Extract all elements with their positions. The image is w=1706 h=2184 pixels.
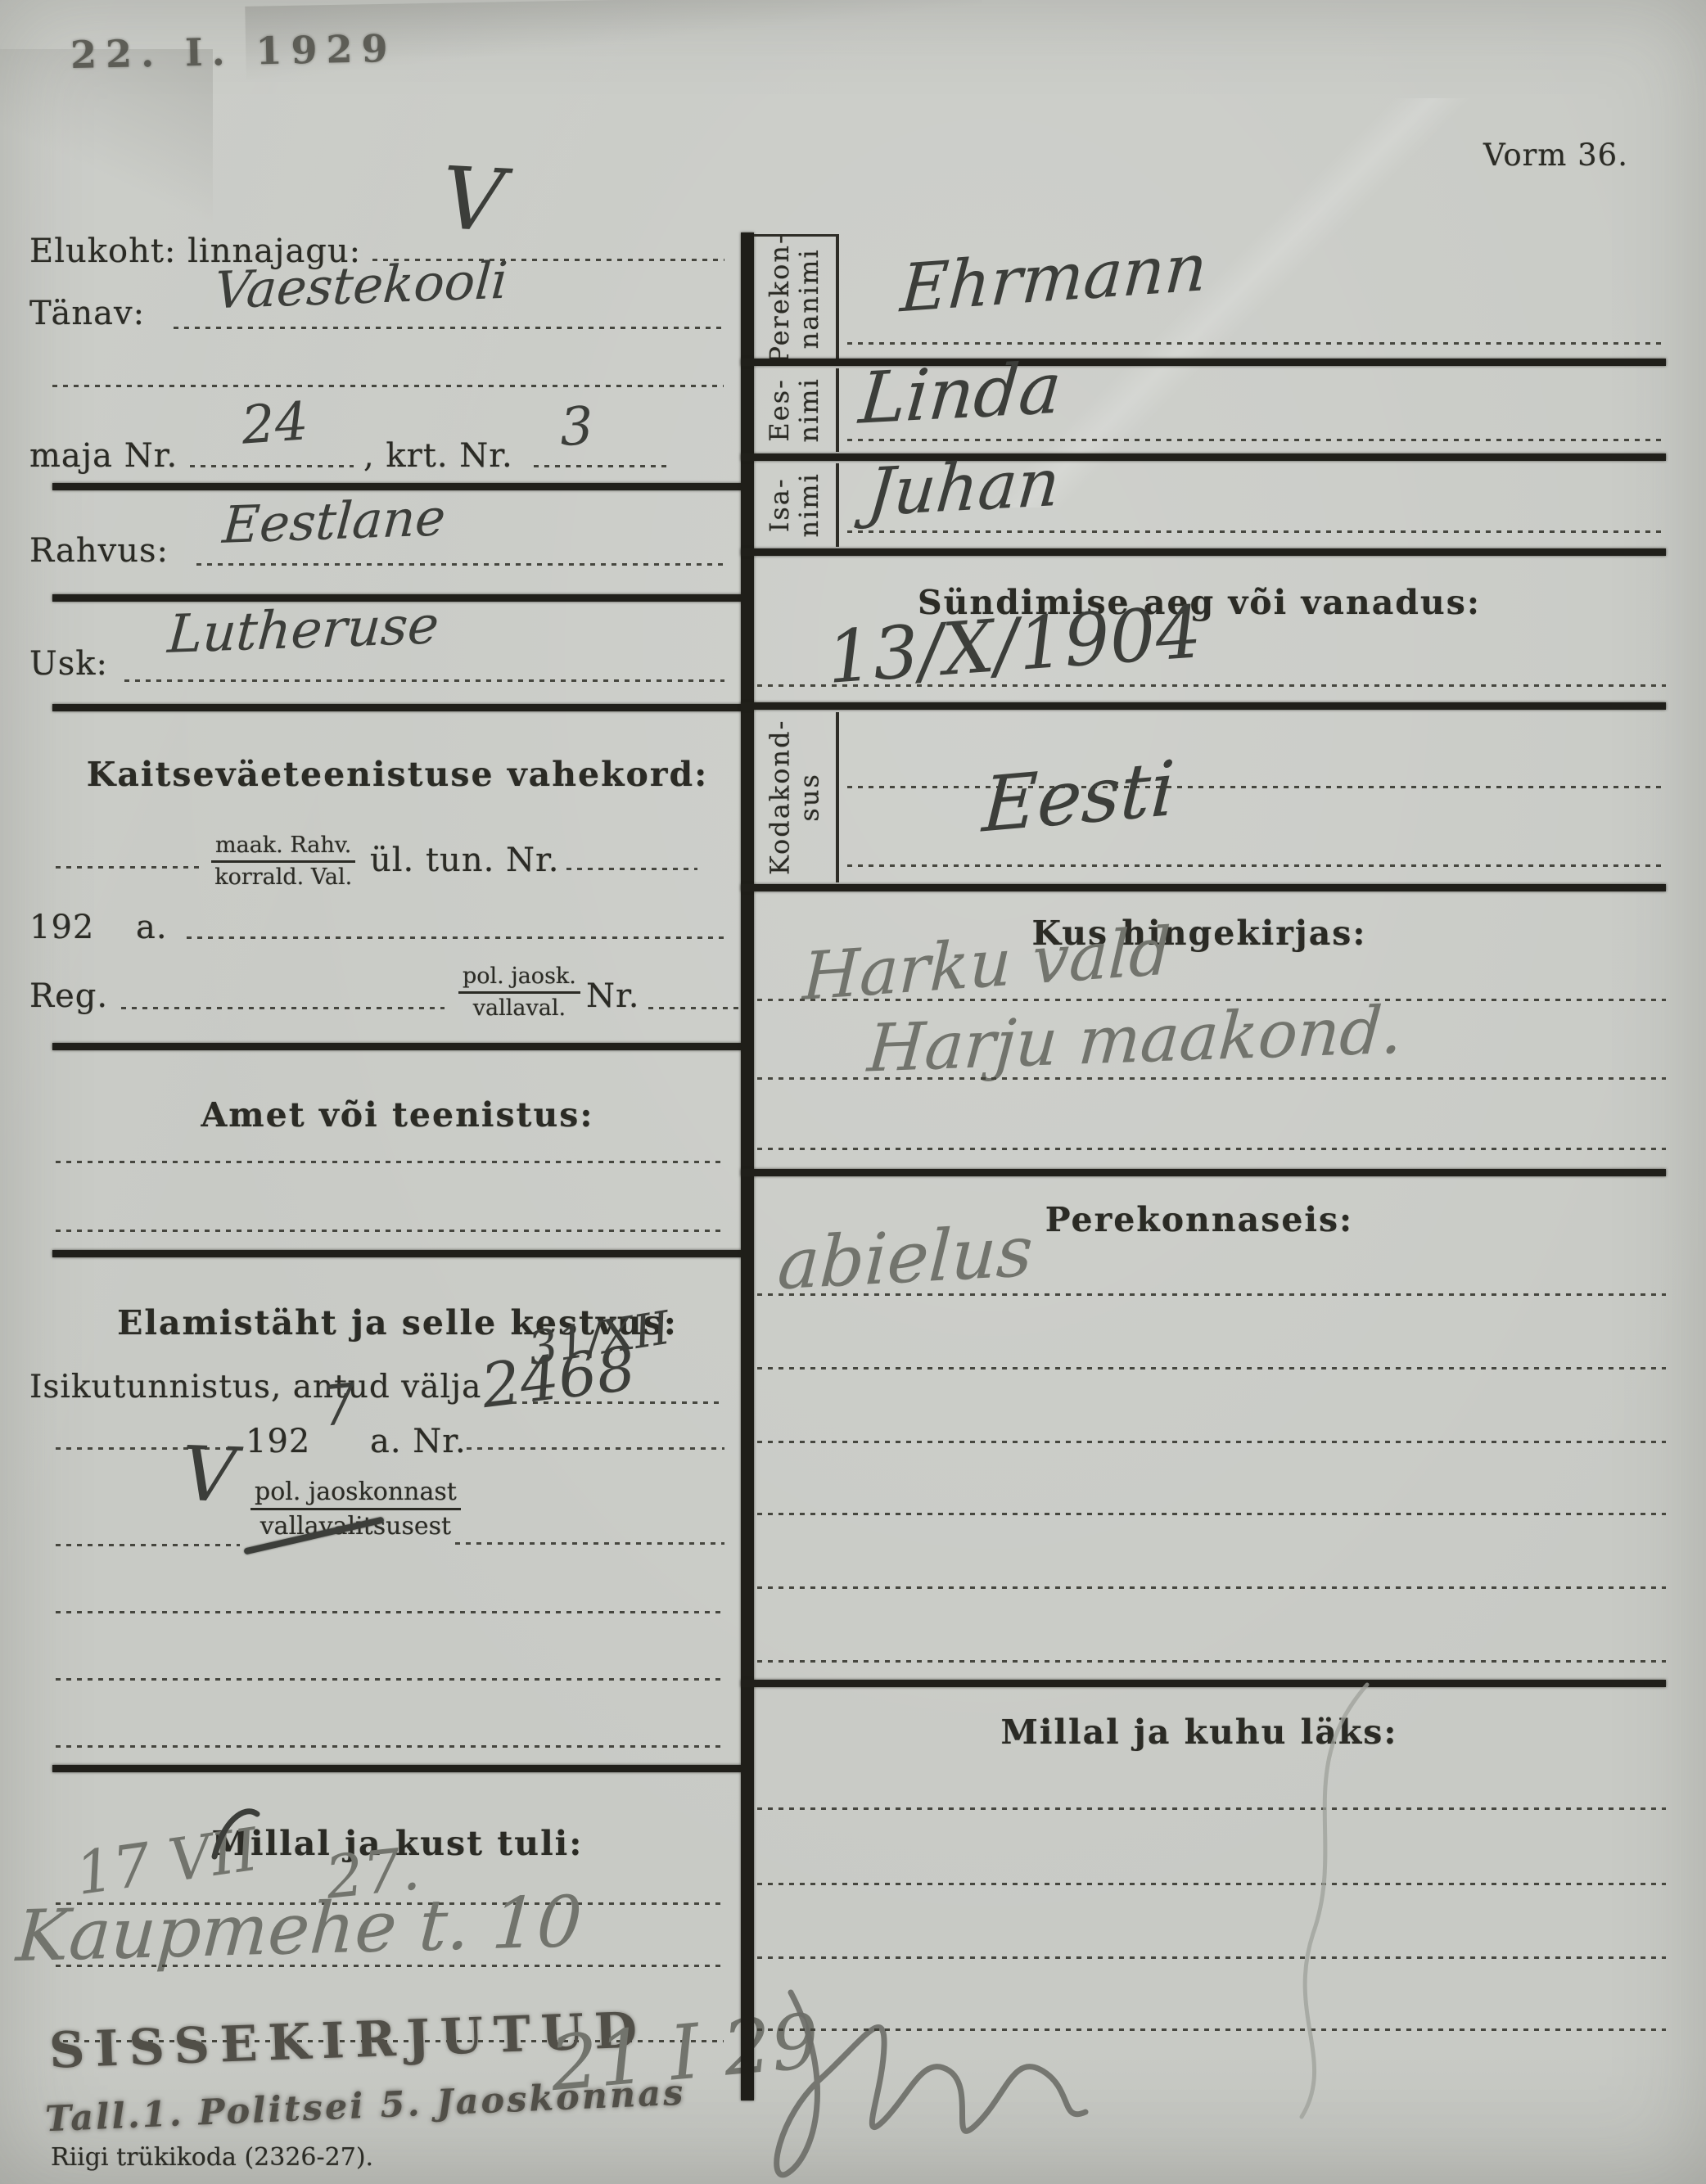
elukoht-value-handwriting: V [440,156,506,245]
isiku-a-nr-label: a. Nr. [370,1423,467,1460]
eesnimi-line [847,439,1666,441]
tanav-label: Tänav: [29,295,145,332]
isiku-nr-line [467,1447,724,1450]
reg-line-left [121,1007,445,1009]
isanimi-label: Isa- nimi [765,472,824,537]
divider-rule [741,1680,1666,1687]
divider-rule [741,884,1666,891]
blank-line [56,1161,724,1163]
blank-line [56,1678,724,1681]
perekonnanimi-label-cell: Perekon- nanimi [754,234,839,361]
eesnimi-label-cell: Ees- nimi [754,368,839,452]
blank-line [757,1441,1666,1443]
blank-line [757,2028,1666,2031]
perekonnanimi-line [847,342,1666,345]
blank-line [757,1293,1666,1296]
blank-line [757,1807,1666,1810]
kaitse-line-right [566,868,697,870]
signature-scrawl [761,1956,1097,2184]
blank-line [757,1148,1666,1150]
blank-line [757,1956,1666,1959]
krt-value-handwriting: 3 [558,400,594,454]
maja-label: maja Nr. [29,437,178,475]
reg-nr-label: Nr. [586,977,639,1015]
printer-imprint: Riigi trükikoda (2326-27). [51,2143,373,2172]
kodakondsus-line2 [847,864,1666,867]
blank-line [56,1611,724,1613]
blank-line [56,1745,724,1748]
registration-form-page: 22. I. 1929 Vorm 36. Elukoht: linnajagu:… [0,0,1706,2184]
usk-value-handwriting: Lutheruse [166,599,440,661]
paper-crease [0,49,213,246]
reg-line-right [648,1007,740,1009]
reg-fraction: pol. jaosk. vallaval. [458,964,580,1020]
pencil-scrawl [1244,1670,1408,2128]
divider-rule [52,704,742,711]
millal-laks-title: Millal ja kuhu läks: [757,1712,1641,1752]
blank-line [56,1230,724,1232]
isanimi-value-handwriting: Juhan [865,450,1063,526]
isanimi-label-cell: Isa- nimi [754,463,839,547]
tanav-value-handwriting: Vaestekooli [213,255,509,317]
reg-label: Reg. [29,977,108,1015]
isanimi-line [847,530,1666,533]
year-line [187,936,724,939]
perekonnaseis-value-handwriting: abielus [776,1216,1035,1301]
jaoskond-check-handwriting: V [180,1437,237,1514]
perekonnanimi-value-handwriting: Ehrmann [899,235,1209,323]
blank-line [757,1883,1666,1885]
eesnimi-value-handwriting: Linda [856,353,1064,434]
maja-value-handwriting: 24 [240,395,310,453]
divider-rule [52,1250,742,1257]
hingekirjas-value2-handwriting: Harju maakond. [865,997,1405,1081]
rahvus-label: Rahvus: [29,532,169,570]
isiku-nr-handwriting: 2468 [478,1338,639,1417]
fraction-top: pol. jaoskonnast [250,1478,461,1510]
isikutunnistus-label: Isikutunnistus, antud välja [29,1369,481,1406]
fraction-top: maak. Rahv. [211,833,355,863]
blank-line [757,1367,1666,1370]
divider-rule [741,548,1666,556]
kaitse-fraction: maak. Rahv. korrald. Val. [211,833,355,889]
krt-line [534,465,666,467]
year-a-label: a. [136,909,168,946]
jaoskond-fraction: pol. jaoskonnast vallavalitsusest [250,1478,461,1540]
usk-label: Usk: [29,645,108,683]
divider-rule [52,1043,742,1050]
tuli-value-handwriting: Kaupmehe t. 10 [14,1887,584,1972]
fraction-bottom: korrald. Val. [211,863,355,890]
fraction-top: pol. jaosk. [458,964,580,994]
isiku-year-label: 192 [246,1423,310,1460]
perekonnanimi-label: Perekon- nanimi [765,233,824,363]
usk-line [124,679,724,682]
maja-line [190,465,354,467]
divider-rule [52,1765,742,1772]
sundimine-line [757,684,1666,687]
kodakondsus-label: Kodakond- sus [765,720,824,875]
tanav-line [174,327,724,329]
kaitse-line-left [56,866,203,869]
blank-line [757,1513,1666,1515]
center-divider [741,232,754,2101]
krt-label: , krt. Nr. [363,437,513,475]
kodakondsus-label-cell: Kodakond- sus [754,712,839,882]
year-192-label: 192 [29,909,94,946]
eesnimi-label: Ees- nimi [765,377,824,442]
jaoskond-line-left [56,1544,240,1546]
divider-rule [741,1169,1666,1176]
hingekirjas-line2 [757,1077,1666,1080]
kodakondsus-value-handwriting: Eesti [981,751,1176,843]
blank-line [56,1965,724,1967]
kaitse-title: Kaitseväeteenistuse vahekord: [52,755,742,794]
fraction-bottom: vallaval. [458,994,580,1021]
amet-title: Amet või teenistus: [52,1095,742,1135]
form-number: Vorm 36. [1483,138,1628,173]
pen-mark [205,1798,262,1863]
blank-line [757,1586,1666,1589]
rahvus-line [196,563,724,566]
divider-rule [741,702,1666,710]
ul-tun-label: ül. tun. Nr. [370,842,559,879]
kodakondsus-line1 [847,786,1666,788]
blank-line [52,385,724,387]
jaoskond-line-right [455,1542,724,1545]
rahvus-value-handwriting: Eestlane [221,492,447,551]
received-date-stamp: 22. I. 1929 [70,26,397,77]
isiku-year-digit-handwriting: 7 [318,1377,359,1436]
blank-line [757,1660,1666,1663]
